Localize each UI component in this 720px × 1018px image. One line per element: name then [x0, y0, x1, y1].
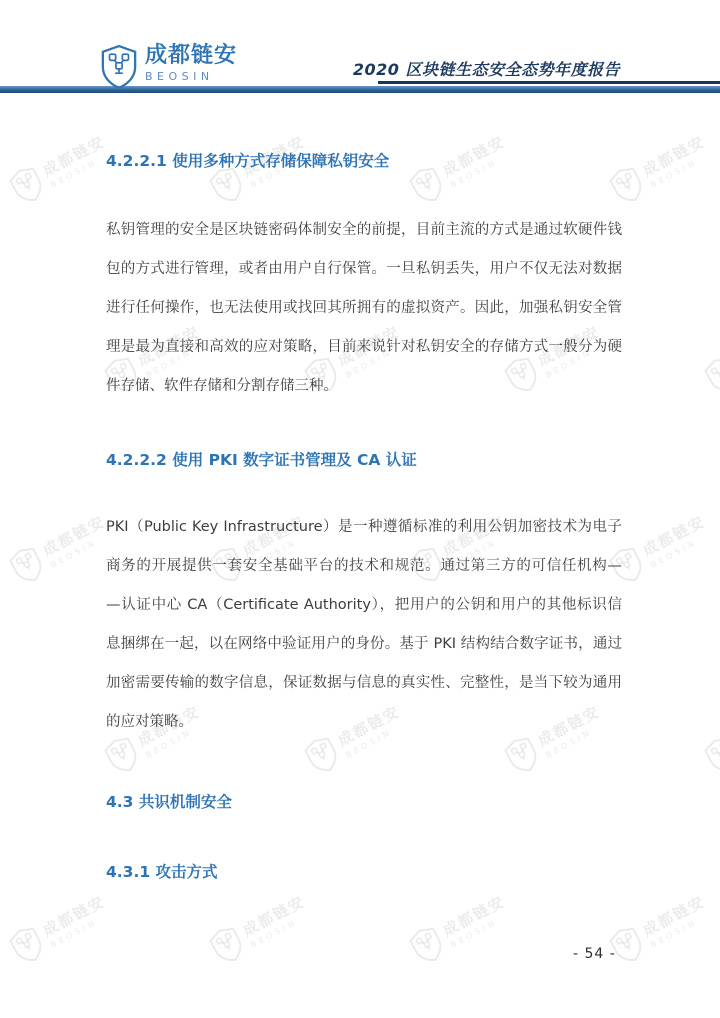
watermark-text: 成都链安BEOSIN: [239, 890, 314, 949]
watermark-shield-icon: [701, 352, 720, 398]
paragraph-line: 的应对策略。: [106, 703, 622, 742]
watermark-text-en: BEOSIN: [649, 149, 713, 189]
paragraph: 私钥管理的安全是区块链密码体制安全的前提，目前主流的方式是通过软硬件钱包的方式进…: [106, 211, 622, 406]
watermark-text-en: BEOSIN: [49, 149, 113, 189]
paragraph-line: 商务的开展提供一套安全基础平台的技术和规范。通过第三方的可信任机构—: [106, 547, 622, 586]
watermark-text: 成都链安BEOSIN: [639, 510, 714, 569]
watermark-text: 成都链安BEOSIN: [39, 890, 114, 949]
section-heading: 4.2.2.2 使用 PKI 数字证书管理及 CA 认证: [106, 451, 622, 470]
paragraph-line: 件存储、软件存储和分割存储三种。: [106, 367, 622, 406]
watermark-tile: 成都链安BEOSIN: [6, 508, 115, 589]
watermark-text-cn: 成都链安: [39, 510, 109, 560]
watermark-tile: 成都链安BEOSIN: [6, 128, 115, 209]
shield-logo-icon: [100, 44, 138, 90]
watermark-text-cn: 成都链安: [39, 130, 109, 180]
page-number: - 54 -: [573, 946, 616, 962]
paragraph-line: 息捆绑在一起，以在网络中验证用户的身份。基于 PKI 结构结合数字证书，通过: [106, 625, 622, 664]
watermark-text-en: BEOSIN: [49, 529, 113, 569]
watermark-text-cn: 成都链安: [639, 510, 709, 560]
watermark-tile: 成都链安BEOSIN: [701, 318, 720, 399]
watermark-tile: 成都链安BEOSIN: [606, 888, 715, 969]
watermark-text: 成都链安BEOSIN: [639, 130, 714, 189]
watermark-tile: 成都链安BEOSIN: [6, 888, 115, 969]
watermark-text-cn: 成都链安: [439, 890, 509, 940]
watermark-text: 成都链安BEOSIN: [39, 510, 114, 569]
watermark-shield-icon: [701, 732, 720, 778]
watermark-text-en: BEOSIN: [649, 529, 713, 569]
watermark-text-cn: 成都链安: [639, 130, 709, 180]
paragraph: PKI（Public Key Infrastructure）是一种遵循标准的利用…: [106, 508, 622, 742]
watermark-text-cn: 成都链安: [239, 890, 309, 940]
paragraph-line: 私钥管理的安全是区块链密码体制安全的前提，目前主流的方式是通过软硬件钱: [106, 211, 622, 250]
watermark-text: 成都链安BEOSIN: [639, 890, 714, 949]
section-heading: 4.3.1 攻击方式: [106, 863, 622, 882]
watermark-text: 成都链安BEOSIN: [439, 890, 514, 949]
company-name: 成都链安: [145, 44, 237, 68]
company-name-en: BEOSIN: [145, 70, 237, 83]
watermark-text-cn: 成都链安: [39, 890, 109, 940]
paragraph-line: 进行任何操作，也无法使用或找回其所拥有的虚拟资产。因此，加强私钥安全管: [106, 289, 622, 328]
watermark-tile: 成都链安BEOSIN: [206, 888, 315, 969]
watermark-text-en: BEOSIN: [449, 909, 513, 949]
watermark-shield-icon: [406, 922, 449, 968]
paragraph-line: 理是最为直接和高效的应对策略，目前来说针对私钥安全的存储方式一般分为硬: [106, 328, 622, 367]
logo-reflection: 成都链安 BEOSIN: [100, 94, 280, 140]
watermark-text-en: BEOSIN: [249, 909, 313, 949]
paragraph-line: 包的方式进行管理，或者由用户自行保管。一旦私钥丢失，用户不仅无法对数据: [106, 250, 622, 289]
watermark-text-cn: 成都链安: [639, 890, 709, 940]
watermark-shield-icon: [206, 922, 249, 968]
watermark-shield-icon: [6, 162, 49, 208]
section-heading: 4.2.2.1 使用多种方式存储保障私钥安全: [106, 152, 622, 171]
watermark-shield-icon: [6, 922, 49, 968]
watermark-text-en: BEOSIN: [49, 909, 113, 949]
paragraph-line: PKI（Public Key Infrastructure）是一种遵循标准的利用…: [106, 508, 622, 547]
watermark-text-en: BEOSIN: [649, 909, 713, 949]
title-underline: [378, 81, 720, 84]
company-logo: 成都链安 BEOSIN: [100, 44, 237, 90]
paragraph-line: 加密需要传输的数字信息，保证数据与信息的真实性、完整性，是当下较为通用: [106, 664, 622, 703]
section-heading: 4.3 共识机制安全: [106, 793, 622, 812]
company-name-block: 成都链安 BEOSIN: [145, 44, 237, 83]
watermark-tile: 成都链安BEOSIN: [406, 888, 515, 969]
page: 成都链安BEOSIN成都链安BEOSIN成都链安BEOSIN成都链安BEOSIN…: [0, 0, 720, 1018]
watermark-tile: 成都链安BEOSIN: [701, 698, 720, 779]
report-title: 2020 区块链生态安全态势年度报告: [353, 57, 620, 80]
paragraph-line: —认证中心 CA（Certificate Authority），把用户的公钥和用…: [106, 586, 622, 625]
watermark-shield-icon: [6, 542, 49, 588]
